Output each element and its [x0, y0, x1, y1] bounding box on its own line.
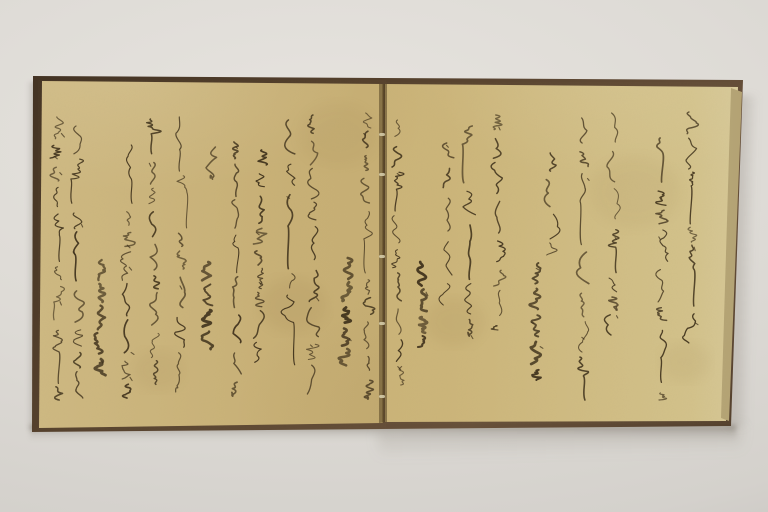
binding-stitch	[379, 322, 385, 325]
binding-stitch	[379, 173, 385, 176]
binding-stitch	[379, 395, 385, 398]
binding-stitch	[379, 133, 385, 136]
binding-stitch	[379, 255, 385, 258]
photograph-of-manuscript	[0, 0, 768, 512]
